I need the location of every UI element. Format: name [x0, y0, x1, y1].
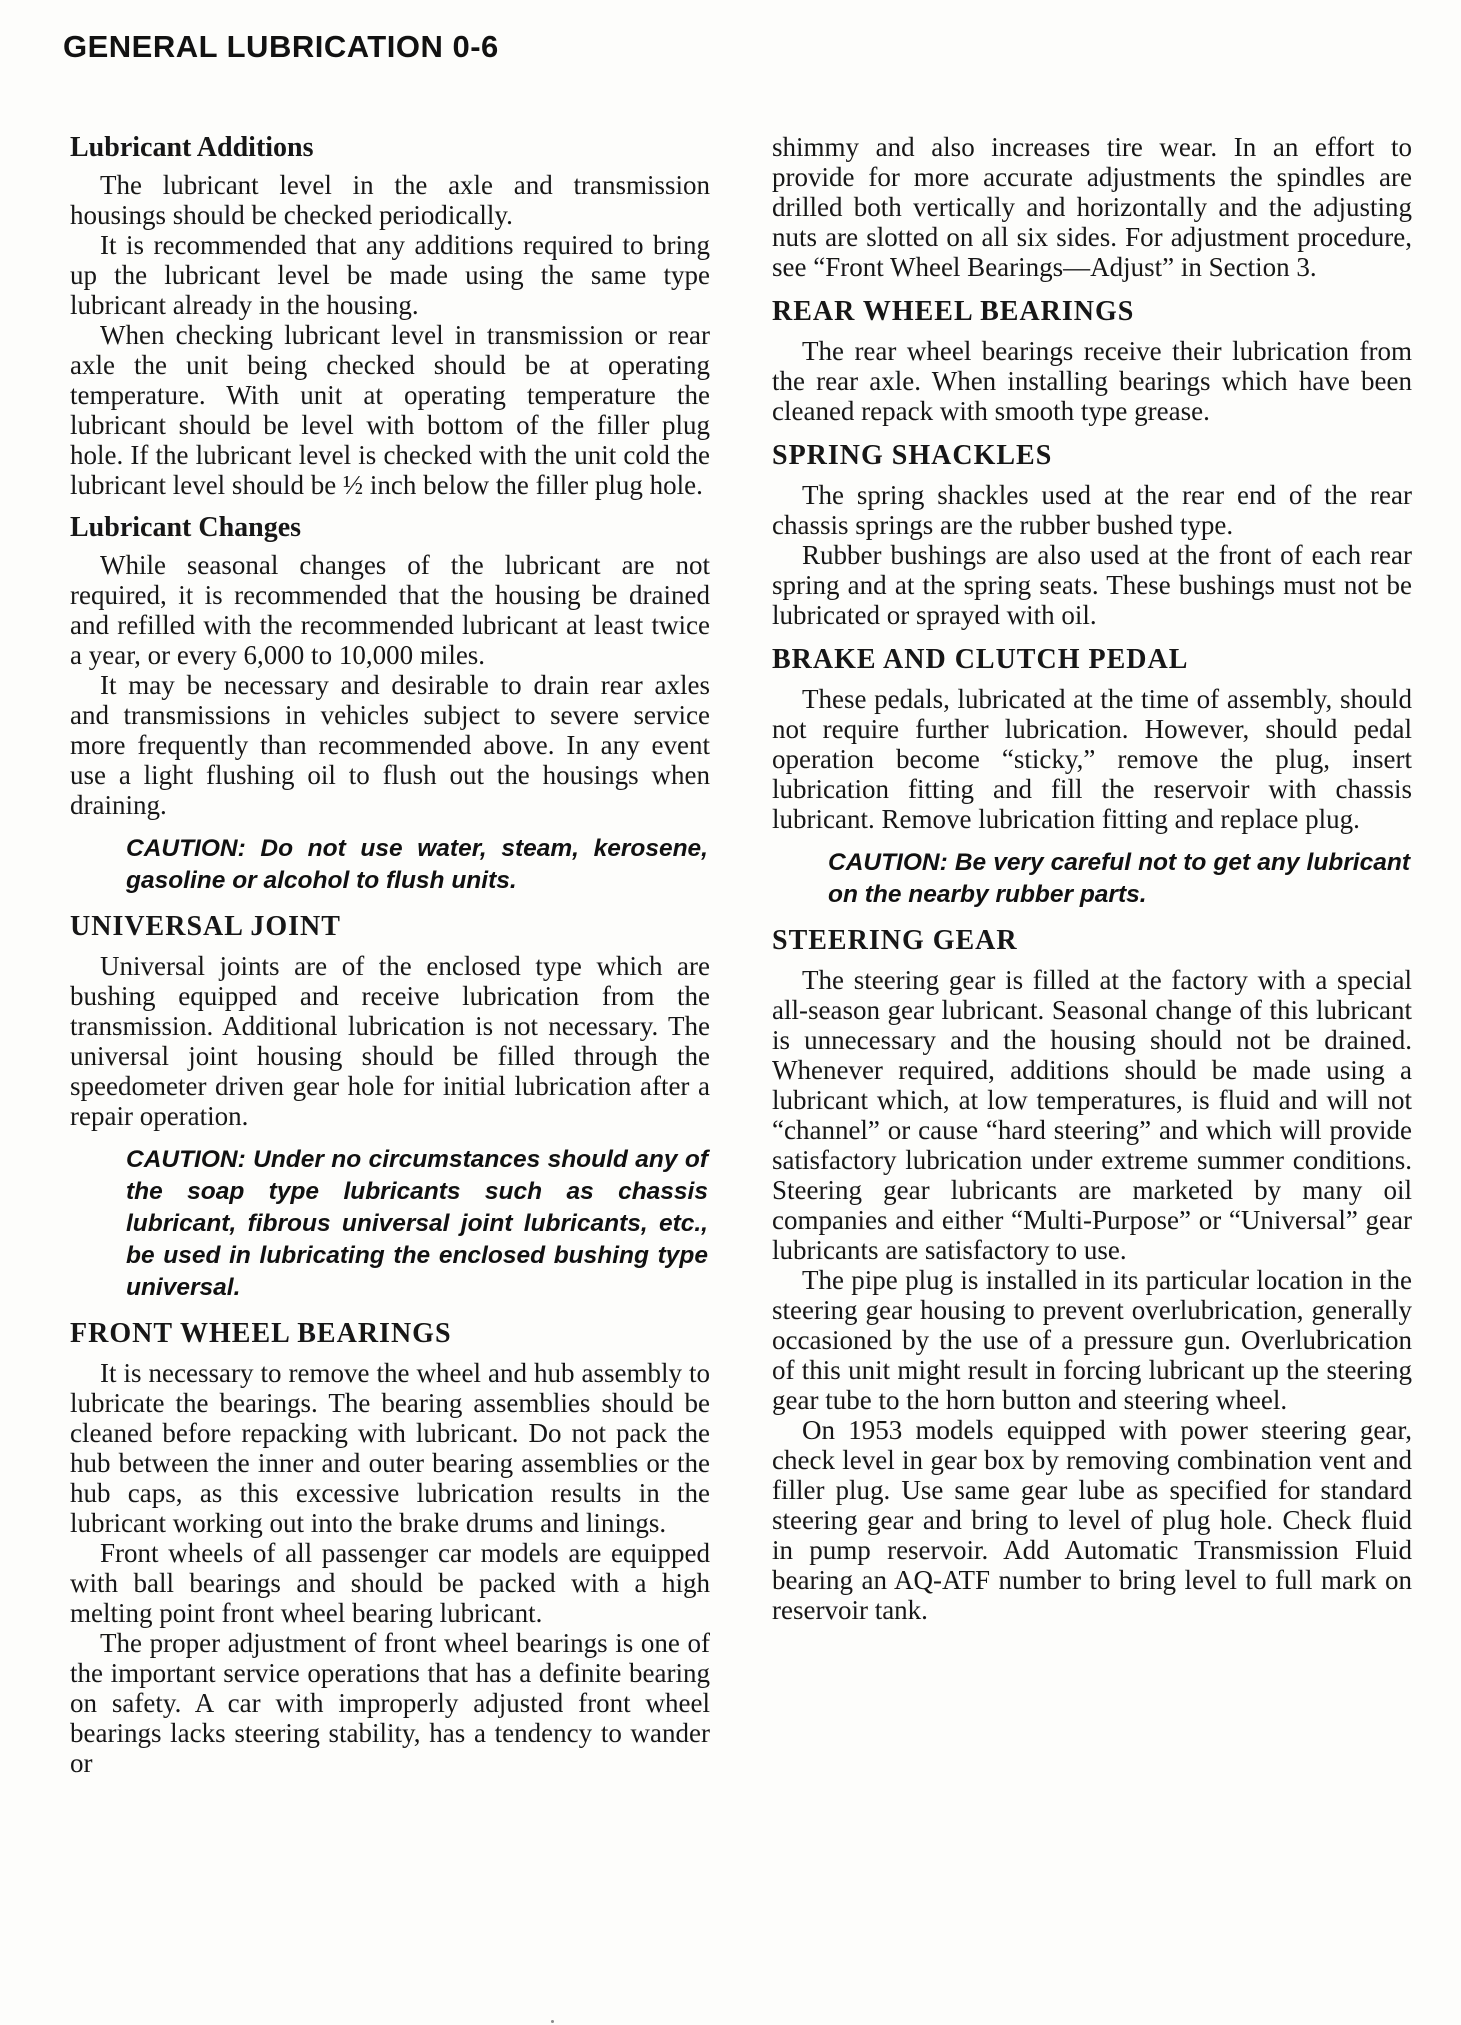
left-column: Lubricant AdditionsThe lubricant level i…	[70, 132, 710, 1778]
section-heading: BRAKE AND CLUTCH PEDAL	[772, 644, 1412, 676]
sub-heading: Lubricant Changes	[70, 512, 710, 544]
body-paragraph: The spring shackles used at the rear end…	[772, 480, 1412, 540]
body-paragraph: Front wheels of all passenger car models…	[70, 1538, 710, 1628]
section-heading: UNIVERSAL JOINT	[70, 911, 710, 943]
scan-artifact-dot	[551, 2020, 554, 2023]
manual-page: GENERAL LUBRICATION 0-6 Lubricant Additi…	[0, 0, 1461, 2025]
body-paragraph: Rubber bushings are also used at the fro…	[772, 540, 1412, 630]
sub-heading: Lubricant Additions	[70, 132, 710, 164]
section-heading: STEERING GEAR	[772, 925, 1412, 957]
body-paragraph: It is necessary to remove the wheel and …	[70, 1358, 710, 1538]
body-paragraph: These pedals, lubricated at the time of …	[772, 684, 1412, 834]
text-columns: Lubricant AdditionsThe lubricant level i…	[70, 132, 1412, 1778]
body-paragraph: The lubricant level in the axle and tran…	[70, 170, 710, 230]
body-paragraph: It is recommended that any additions req…	[70, 230, 710, 320]
right-column: shimmy and also increases tire wear. In …	[772, 132, 1412, 1778]
body-paragraph: On 1953 models equipped with power steer…	[772, 1415, 1412, 1625]
page-title: GENERAL LUBRICATION 0-6	[63, 31, 499, 62]
body-paragraph: The steering gear is filled at the facto…	[772, 965, 1412, 1265]
body-paragraph: The pipe plug is installed in its partic…	[772, 1265, 1412, 1415]
caution-note: CAUTION: Under no circumstances should a…	[126, 1144, 708, 1304]
body-paragraph: The proper adjustment of front wheel bea…	[70, 1628, 710, 1778]
caution-note: CAUTION: Do not use water, steam, kerose…	[126, 833, 708, 897]
body-paragraph: It may be necessary and desirable to dra…	[70, 670, 710, 820]
body-paragraph: shimmy and also increases tire wear. In …	[772, 132, 1412, 282]
caution-note: CAUTION: Be very careful not to get any …	[828, 847, 1410, 911]
section-heading: FRONT WHEEL BEARINGS	[70, 1318, 710, 1350]
section-heading: REAR WHEEL BEARINGS	[772, 296, 1412, 328]
body-paragraph: While seasonal changes of the lubricant …	[70, 550, 710, 670]
section-heading: SPRING SHACKLES	[772, 440, 1412, 472]
body-paragraph: Universal joints are of the enclosed typ…	[70, 951, 710, 1131]
body-paragraph: When checking lubricant level in transmi…	[70, 320, 710, 500]
body-paragraph: The rear wheel bearings receive their lu…	[772, 336, 1412, 426]
